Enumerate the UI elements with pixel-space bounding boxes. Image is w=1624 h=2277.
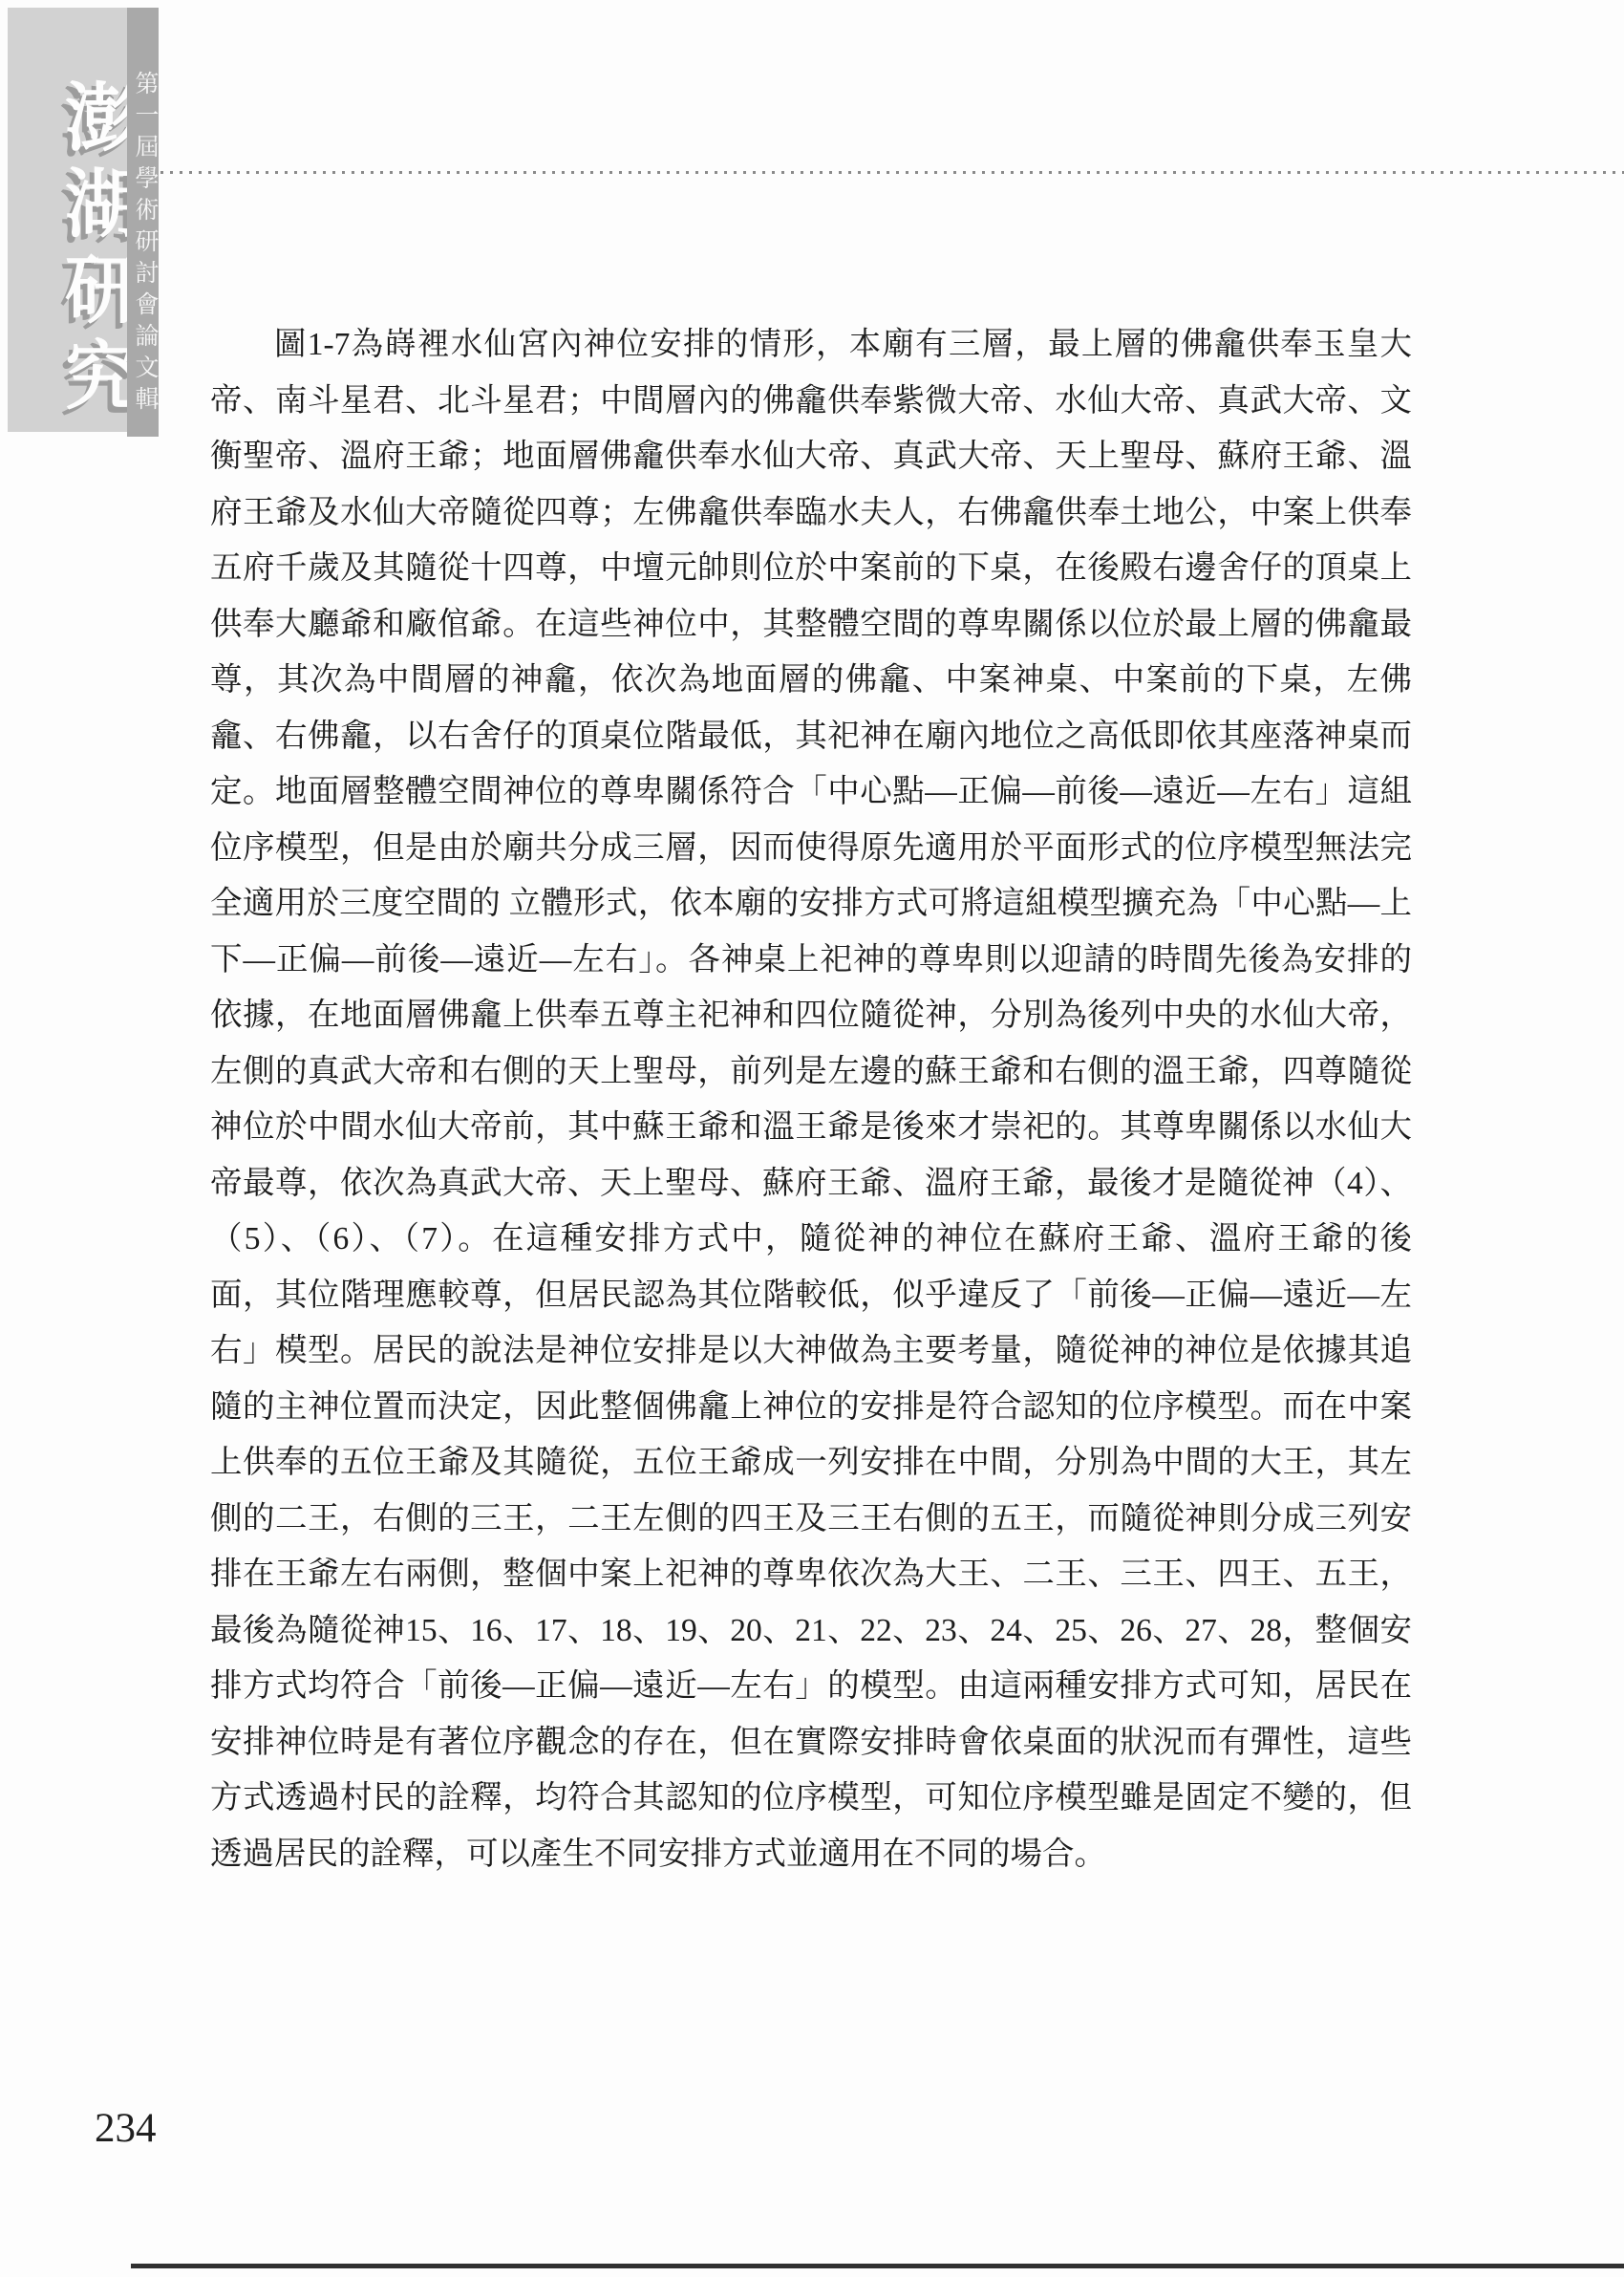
paragraph-line: 府王爺及水仙大帝隨從四尊；左佛龕供奉臨水夫人，右佛龕供奉土地公，中案上供奉 (210, 485, 1412, 542)
sidebar-panel: 澎湖研究 (8, 8, 127, 432)
paragraph-line: 右」模型。居民的說法是神位安排是以大神做為主要考量，隨從神的神位是依據其追 (210, 1323, 1412, 1380)
paragraph-line: 龕、右佛龕，以右舍仔的頂桌位階最低，其祀神在廟內地位之高低即依其座落神桌而 (210, 709, 1412, 765)
paragraph-line: 神位於中間水仙大帝前，其中蘇王爺和溫王爺是後來才崇祀的。其尊卑關係以水仙大 (210, 1100, 1412, 1156)
paragraph-line: 位序模型，但是由於廟共分成三層，因而使得原先適用於平面形式的位序模型無法完 (210, 821, 1412, 877)
volume-strip: 第一屆學術研討會論文輯 (127, 8, 159, 437)
paragraph-line: 側的二王，右側的三王，二王左側的四王及三王右側的五王，而隨從神則分成三列安 (210, 1492, 1412, 1548)
paragraph-line: 五府千歲及其隨從十四尊，中壇元帥則位於中案前的下桌，在後殿右邊舍仔的頂桌上 (210, 541, 1412, 597)
paragraph-line: 透過居民的詮釋，可以產生不同安排方式並適用在不同的場合。 (210, 1827, 1412, 1883)
paragraph-line: 安排神位時是有著位序觀念的存在，但在實際安排時會依桌面的狀況而有彈性，這些 (210, 1715, 1412, 1772)
paragraph-line: （5）、（6）、（7）。在這種安排方式中，隨從神的神位在蘇府王爺、溫府王爺的後 (210, 1212, 1412, 1268)
document-page: 澎湖研究 第一屆學術研討會論文輯 圖1-7為嵵裡水仙宮內神位安排的情形，本廟有三… (0, 0, 1624, 2277)
paragraph-line: 供奉大廳爺和廠倌爺。在這些神位中，其整體空間的尊卑關係以位於最上層的佛龕最 (210, 597, 1412, 654)
paragraph-line: 帝、南斗星君、北斗星君；中間層內的佛龕供奉紫微大帝、水仙大帝、真武大帝、文 (210, 374, 1412, 430)
paragraph-line: 定。地面層整體空間神位的尊卑關係符合「中心點—正偏—前後—遠近—左右」這組 (210, 764, 1412, 821)
footer-rule (131, 2264, 1624, 2268)
paragraph-line: 衡聖帝、溫府王爺；地面層佛龕供奉水仙大帝、真武大帝、天上聖母、蘇府王爺、溫 (210, 429, 1412, 485)
volume-strip-title: 第一屆學術研討會論文輯 (130, 71, 161, 418)
paragraph-line: 面，其位階理應較尊，但居民認為其位階較低，似乎違反了「前後—正偏—遠近—左 (210, 1268, 1412, 1324)
body-text: 圖1-7為嵵裡水仙宮內神位安排的情形，本廟有三層，最上層的佛龕供奉玉皇大 帝、南… (210, 317, 1412, 1882)
paragraph-line: 方式透過村民的詮釋，均符合其認知的位序模型，可知位序模型雖是固定不變的，但 (210, 1771, 1412, 1827)
paragraph-line: 下—正偏—前後—遠近—左右」。各神桌上祀神的尊卑則以迎請的時間先後為安排的 (210, 933, 1412, 989)
paragraph-line: 依據，在地面層佛龕上供奉五尊主祀神和四位隨從神，分別為後列中央的水仙大帝， (210, 988, 1412, 1044)
paragraph-line: 圖1-7為嵵裡水仙宮內神位安排的情形，本廟有三層，最上層的佛龕供奉玉皇大 (210, 317, 1412, 374)
paragraph-line: 左側的真武大帝和右側的天上聖母，前列是左邊的蘇王爺和右側的溫王爺，四尊隨從 (210, 1044, 1412, 1101)
series-title-vertical: 澎湖研究 (57, 78, 134, 422)
paragraph-line: 帝最尊，依次為真武大帝、天上聖母、蘇府王爺、溫府王爺，最後才是隨從神（4）、 (210, 1156, 1412, 1213)
paragraph-line: 排在王爺左右兩側，整個中案上祀神的尊卑依次為大王、二王、三王、四王、五王， (210, 1547, 1412, 1603)
paragraph-line: 尊，其次為中間層的神龕，依次為地面層的佛龕、中案神桌、中案前的下桌，左佛 (210, 653, 1412, 709)
paragraph-line: 排方式均符合「前後—正偏—遠近—左右」的模型。由這兩種安排方式可知，居民在 (210, 1659, 1412, 1715)
paragraph-line: 上供奉的五位王爺及其隨從，五位王爺成一列安排在中間，分別為中間的大王，其左 (210, 1435, 1412, 1492)
page-number: 234 (95, 2108, 157, 2149)
paragraph-line: 最後為隨從神15、16、17、18、19、20、21、22、23、24、25、2… (210, 1603, 1412, 1660)
paragraph-line: 全適用於三度空間的 立體形式，依本廟的安排方式可將這組模型擴充為「中心點—上 (210, 876, 1412, 933)
paragraph-line: 隨的主神位置而決定，因此整個佛龕上神位的安排是符合認知的位序模型。而在中案 (210, 1380, 1412, 1436)
header-dotted-rule (160, 171, 1624, 174)
